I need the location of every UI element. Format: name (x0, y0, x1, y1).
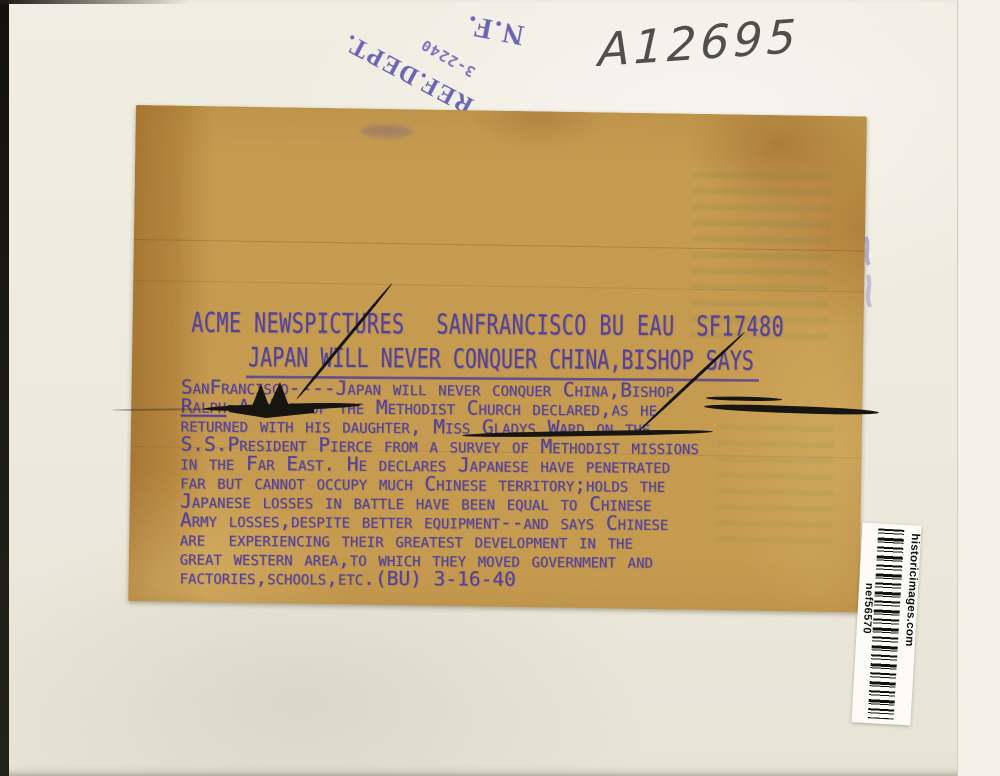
scan-edge-top (0, 0, 190, 4)
typed-caption: ACME NEWSPICTURES SANFRANCISCO BU EAU SF… (130, 108, 864, 609)
scan-edge-left (0, 0, 9, 776)
caption-sheet: ACME NEWSPICTURES SANFRANCISCO BU EAU SF… (128, 105, 867, 612)
photo-number: SF17480 (696, 309, 784, 343)
handwritten-id: A12695 (597, 9, 799, 95)
barcode-label: nef56570 historicimages.com (851, 523, 921, 726)
initials-stamp: N.F. (459, 6, 530, 52)
agency-name: ACME NEWSPICTURES (191, 306, 404, 341)
photo-back-scan: REF.DEPT. 3-2240 N.F. A12695 ACME NEWSPI… (0, 0, 1000, 776)
pen-ink-blot (224, 377, 320, 423)
faint-stamp-remnant (860, 233, 882, 311)
bureau-name: SANFRANCISCO BU EAU (436, 307, 675, 342)
paper-fold-strip (957, 0, 1000, 776)
